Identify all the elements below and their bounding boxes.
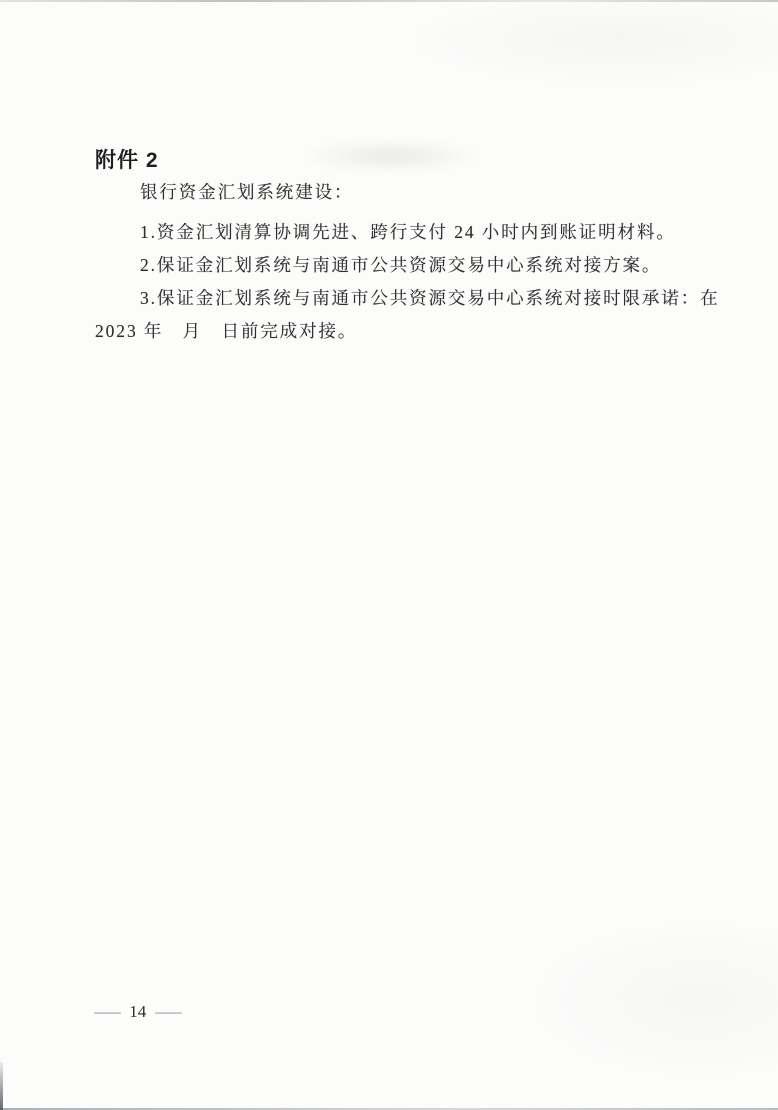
attachment-heading: 附件 2 (95, 144, 159, 174)
list-item-1: 1.资金汇划清算协调先进、跨行支付 24 小时内到账证明材料。 (140, 221, 676, 243)
list-item-3-line-1: 3.保证金汇划系统与南通市公共资源交易中心系统对接时限承诺：在 (140, 287, 720, 309)
page-number-value: 14 (129, 1002, 146, 1022)
page-number: — 14 — (99, 1002, 177, 1022)
list-item-2: 2.保证金汇划系统与南通市公共资源交易中心系统对接方案。 (140, 254, 661, 276)
scan-edge-top (0, 0, 778, 2)
list-item-3-line-2: 2023 年 月 日前完成对接。 (95, 320, 357, 342)
page-number-dash-left: — (94, 1002, 120, 1022)
scan-edge-bottom-left (0, 1062, 3, 1110)
document-page: 附件 2 银行资金汇划系统建设： 1.资金汇划清算协调先进、跨行支付 24 小时… (0, 0, 778, 1110)
scan-smudge-artifact (265, 132, 515, 180)
intro-line: 银行资金汇划系统建设： (140, 181, 353, 203)
page-number-dash-right: — (155, 1002, 181, 1022)
